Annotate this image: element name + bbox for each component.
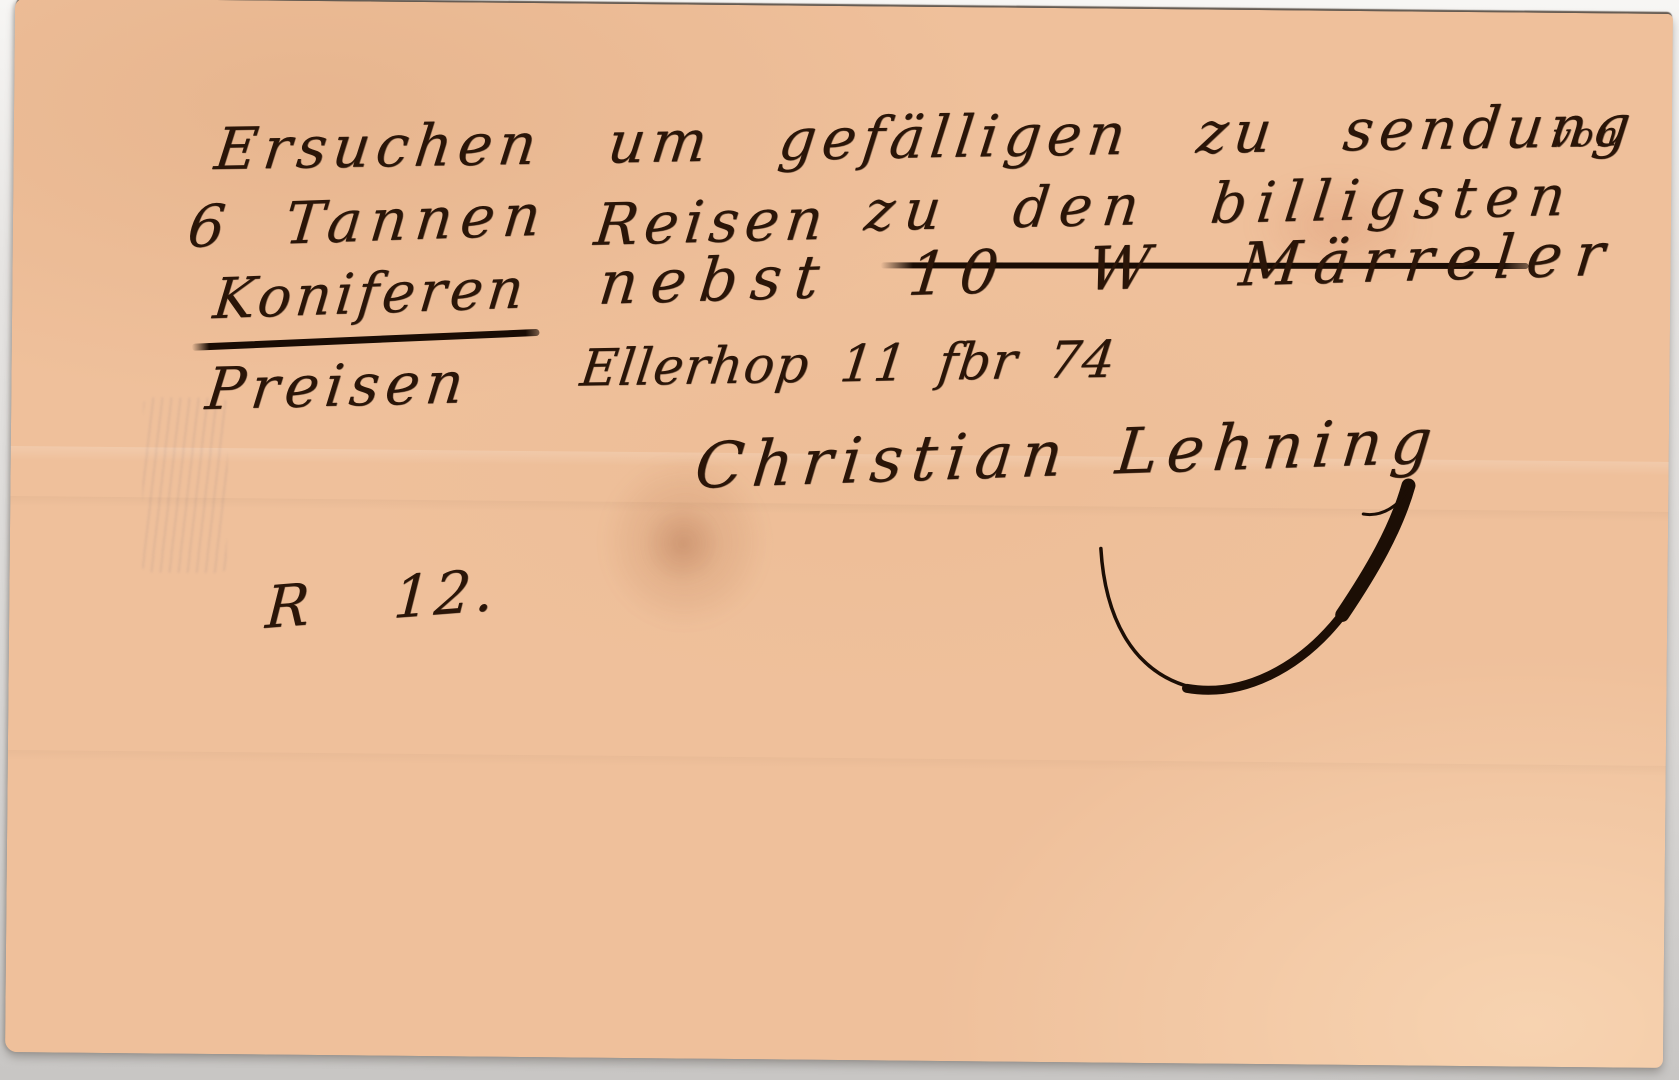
handwriting-line-2-left: 6 Tannen [185,185,551,256]
paper-press-line [8,750,1666,776]
handwriting-line-4-left: Preisen [203,353,473,418]
corner-mark: R 12. [264,560,499,636]
pencil-streaks [142,397,229,573]
signature: Christian Lehning [692,409,1444,498]
handwriting-line-1-superscript: von [1550,117,1623,152]
scan-background: Ersuchen um gefälligen zu sendung von 6 … [0,0,1679,1080]
handwriting-line-4-right: Ellerhop 11 fbr 74 [577,335,1118,395]
paper-press-line [10,496,1668,522]
postcard: Ersuchen um gefälligen zu sendung von 6 … [5,0,1673,1068]
handwriting-line-1: Ersuchen um gefälligen zu sendung [212,96,1640,178]
handwriting-line-3-left: Koniferen [211,261,531,328]
ink-stain [642,504,723,585]
ink-underline-koniferen [192,329,540,351]
